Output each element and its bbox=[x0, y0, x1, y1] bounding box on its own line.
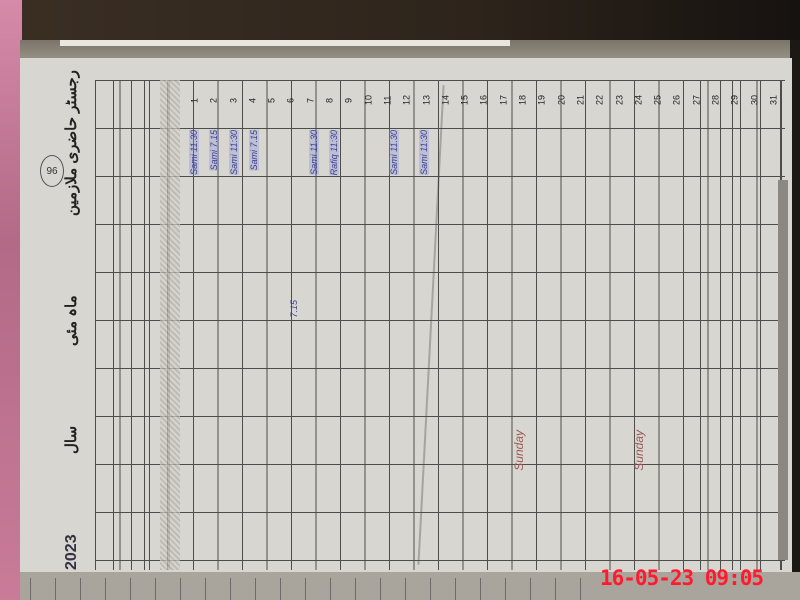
day-number: 23 bbox=[610, 85, 629, 115]
hatched-header-column bbox=[160, 80, 180, 570]
day-number: 9 bbox=[339, 85, 358, 115]
page-strips bbox=[60, 40, 510, 46]
camera-timestamp: 16-05-23 09:05 bbox=[600, 566, 763, 590]
register-title: 2023 سال ماہ مئی رجسٹر حاضری ملازمین bbox=[52, 70, 92, 570]
day-number: 13 bbox=[417, 85, 436, 115]
note-sunday: Sunday bbox=[512, 430, 526, 471]
day-number: 15 bbox=[455, 85, 474, 115]
day-number: 27 bbox=[687, 85, 706, 115]
day-number: 16 bbox=[474, 85, 493, 115]
month-word: ماہ مئی bbox=[63, 296, 81, 347]
entry: Sami 11:30 bbox=[229, 130, 239, 175]
day-number: 5 bbox=[262, 85, 281, 115]
entry: Sami 11.30 bbox=[189, 130, 199, 175]
day-number: 11 bbox=[378, 85, 397, 115]
entry: Sami 11:30 bbox=[419, 130, 429, 175]
day-number: 12 bbox=[397, 85, 416, 115]
day-number: 7 bbox=[301, 85, 320, 115]
entry: 7.15 bbox=[289, 300, 299, 318]
photo: 2023 سال ماہ مئی رجسٹر حاضری ملازمین 96 … bbox=[0, 0, 800, 600]
day-number: 21 bbox=[571, 85, 590, 115]
entry: Sami 7.15 bbox=[249, 130, 259, 171]
entry: Rafiq 11:30 bbox=[329, 130, 339, 175]
summary-columns bbox=[700, 80, 785, 570]
page-number: 96 bbox=[40, 155, 64, 187]
note-sunday: Sunday bbox=[632, 430, 646, 471]
day-number: 2 bbox=[204, 85, 223, 115]
day-number: 28 bbox=[706, 85, 725, 115]
day-number-header: 1234567891011121314151617181920212223242… bbox=[185, 85, 785, 115]
handwritten-entries: Sami 11.30 Sami 7.15 Sami 11:30 Sami 7.1… bbox=[185, 120, 435, 570]
pink-cloth bbox=[0, 0, 22, 600]
day-number: 24 bbox=[629, 85, 648, 115]
day-number: 17 bbox=[494, 85, 513, 115]
day-number: 25 bbox=[648, 85, 667, 115]
printer-footer bbox=[778, 180, 788, 560]
day-number: 4 bbox=[243, 85, 262, 115]
day-number: 19 bbox=[532, 85, 551, 115]
entry: Sami 7.15 bbox=[209, 130, 219, 171]
day-number: 3 bbox=[224, 85, 243, 115]
day-number: 31 bbox=[764, 85, 783, 115]
entry: Sami 11.30 bbox=[389, 130, 399, 175]
day-number: 18 bbox=[513, 85, 532, 115]
day-number: 22 bbox=[590, 85, 609, 115]
day-number: 14 bbox=[436, 85, 455, 115]
day-number: 20 bbox=[552, 85, 571, 115]
year-word: سال bbox=[63, 426, 81, 454]
day-number: 1 bbox=[185, 85, 204, 115]
day-number: 6 bbox=[281, 85, 300, 115]
day-number: 26 bbox=[667, 85, 686, 115]
title-heading: رجسٹر حاضری ملازمین bbox=[63, 70, 81, 216]
day-number: 29 bbox=[725, 85, 744, 115]
day-number: 10 bbox=[359, 85, 378, 115]
year-label: 2023 bbox=[63, 534, 81, 570]
day-number: 30 bbox=[745, 85, 764, 115]
next-page-grid bbox=[30, 578, 590, 600]
day-number: 8 bbox=[320, 85, 339, 115]
entry: Sami 11.30 bbox=[309, 130, 319, 175]
